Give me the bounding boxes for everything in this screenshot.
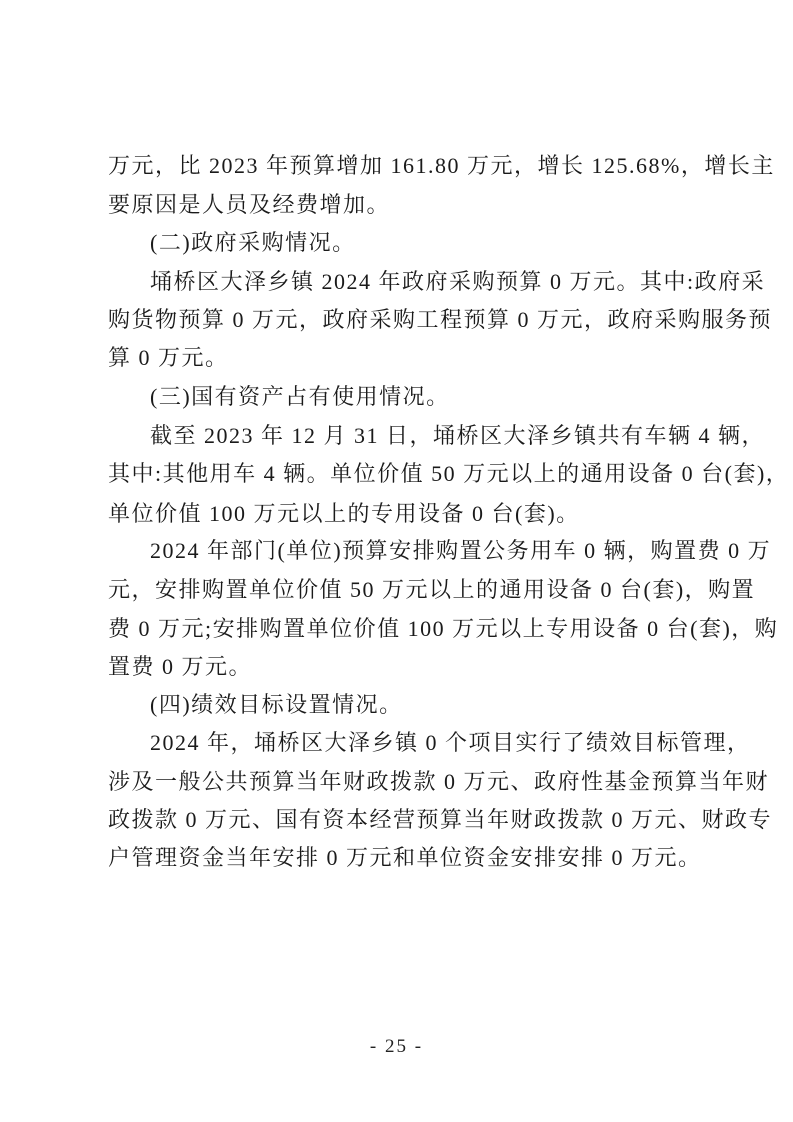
paragraph-line: 元，安排购置单位价值 50 万元以上的通用设备 0 台(套)，购置 [108,572,690,608]
paragraph-line: 置费 0 万元。 [108,649,690,685]
paragraph-line: 埇桥区大泽乡镇 2024 年政府采购预算 0 万元。其中:政府采 [150,264,690,300]
paragraph-line: 费 0 万元;安排购置单位价值 100 万元以上专用设备 0 台(套)，购 [108,611,690,647]
section-heading: (四)绩效目标设置情况。 [150,687,690,723]
paragraph-line: 算 0 万元。 [108,340,690,376]
paragraph-line: 其中:其他用车 4 辆。单位价值 50 万元以上的通用设备 0 台(套)， [108,456,690,492]
document-page: 万元，比 2023 年预算增加 161.80 万元，增长 125.68%，增长主… [0,0,793,1122]
paragraph-line: 2024 年，埇桥区大泽乡镇 0 个项目实行了绩效目标管理， [150,725,690,761]
paragraph-line: 截至 2023 年 12 月 31 日，埇桥区大泽乡镇共有车辆 4 辆， [150,418,690,454]
paragraph-line: 户管理资金当年安排 0 万元和单位资金安排安排 0 万元。 [108,840,690,876]
paragraph-line: 政拨款 0 万元、国有资本经营预算当年财政拨款 0 万元、财政专 [108,802,690,838]
paragraph-line: 购货物预算 0 万元，政府采购工程预算 0 万元，政府采购服务预 [108,302,690,338]
paragraph-line: 单位价值 100 万元以上的专用设备 0 台(套)。 [108,496,690,532]
section-heading: (二)政府采购情况。 [150,225,690,261]
paragraph-line: 2024 年部门(单位)预算安排购置公务用车 0 辆，购置费 0 万 [150,533,690,569]
paragraph-line: 涉及一般公共预算当年财政拨款 0 万元、政府性基金预算当年财 [108,764,690,800]
page-number: - 25 - [0,1032,793,1062]
section-heading: (三)国有资产占有使用情况。 [150,379,690,415]
paragraph-line: 要原因是人员及经费增加。 [108,187,690,223]
paragraph-line: 万元，比 2023 年预算增加 161.80 万元，增长 125.68%，增长主 [108,148,690,184]
